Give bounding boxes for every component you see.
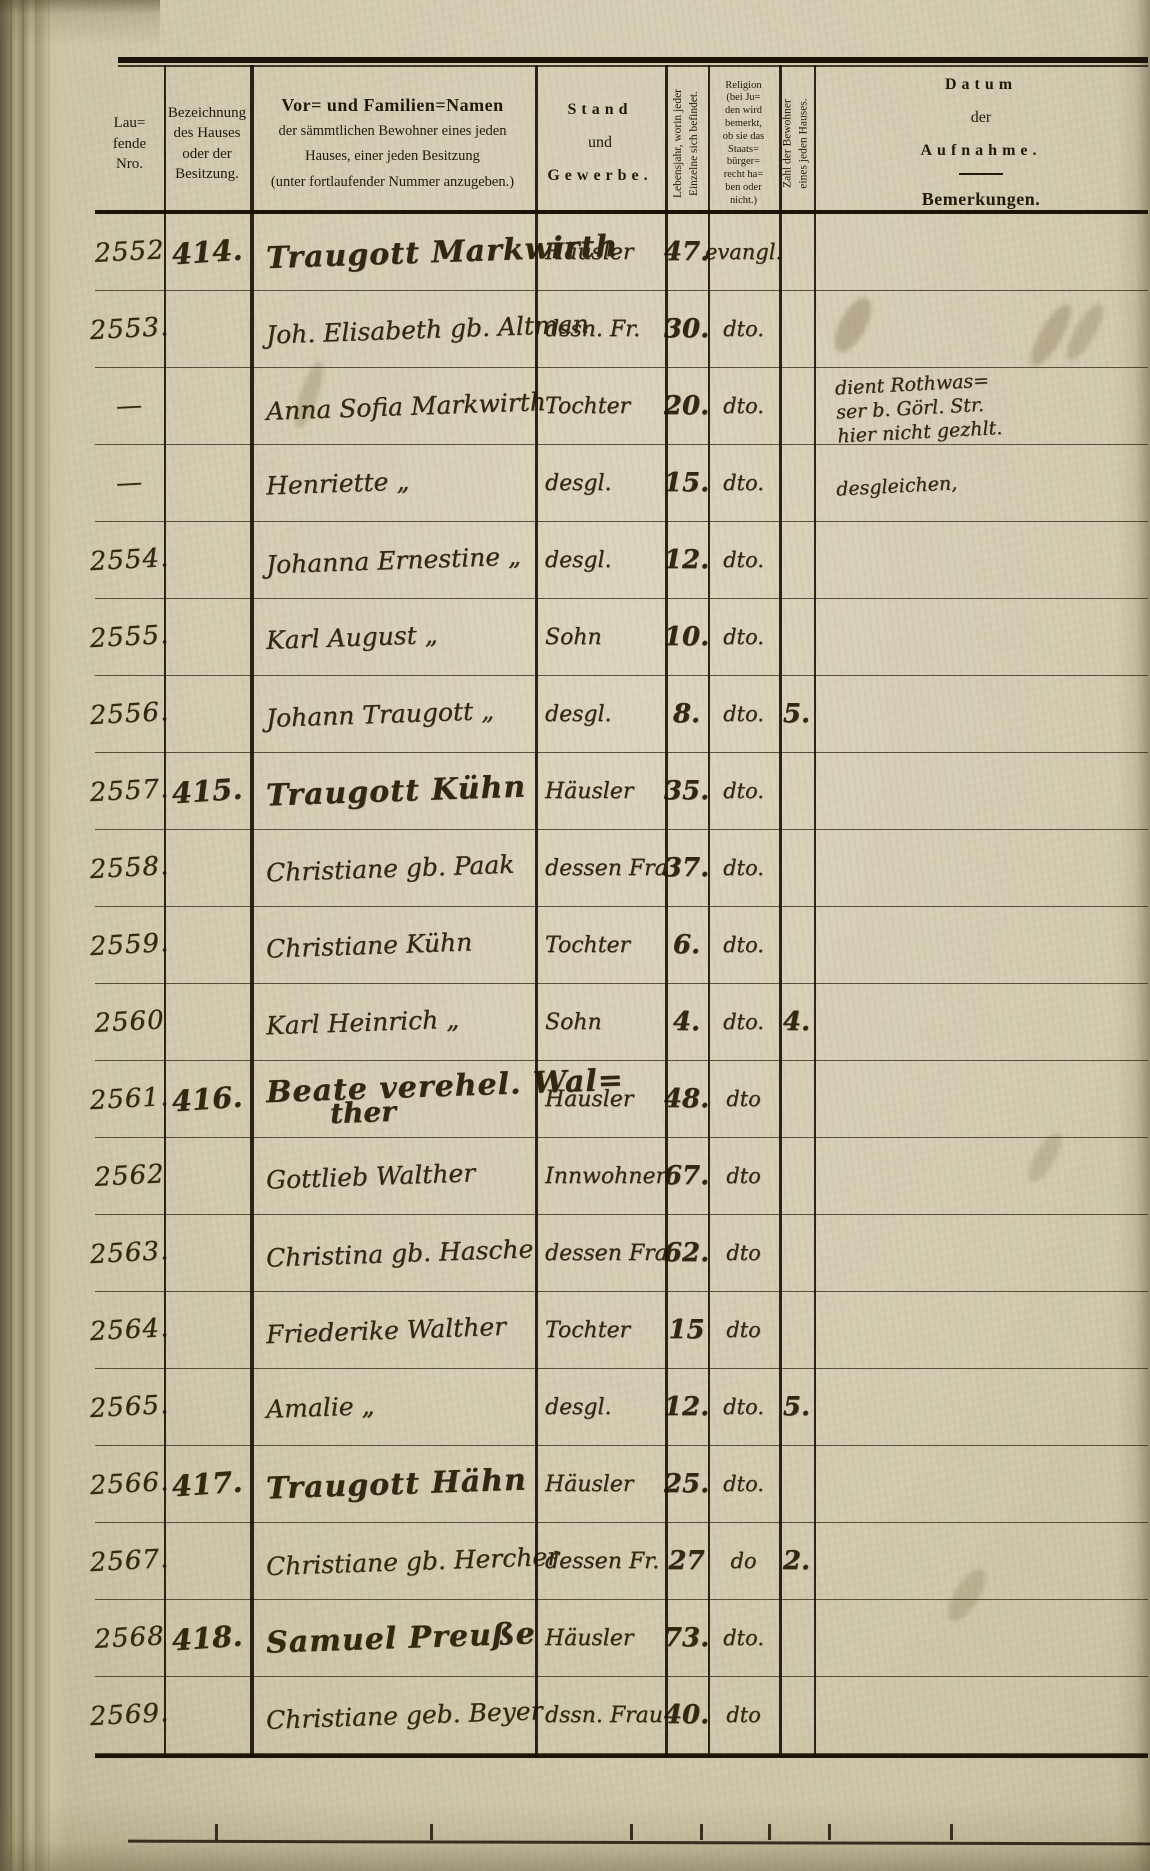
- cell-stand-gewerbe: Sohn: [535, 984, 665, 1060]
- bottom-tick: [430, 1824, 433, 1840]
- cell-zahl-bewohner: [779, 1215, 814, 1291]
- cell-stand-gewerbe: dessen Frau: [535, 830, 665, 906]
- cell-haus-nro: [161, 365, 252, 447]
- page-bottom-edge: [0, 1801, 1150, 1871]
- cell-religion: dto.: [708, 907, 779, 983]
- cell-zahl-bewohner: [779, 830, 814, 906]
- cell-name: Christina gb. Hasche: [250, 1215, 535, 1291]
- header-text-line: nicht.): [730, 195, 757, 208]
- cell-name: Johanna Ernestine „: [250, 522, 535, 598]
- cell-name: Johann Traugott „: [250, 676, 535, 752]
- cell-zahl-bewohner: [779, 1446, 814, 1522]
- table-top-rule-2: [118, 65, 1148, 67]
- cell-haus-nro: [161, 1674, 252, 1756]
- cell-lebensjahr: 35.: [665, 753, 708, 829]
- cell-name: Karl August „: [250, 599, 535, 675]
- cell-lebensjahr: 15.: [665, 445, 708, 521]
- header-text-line: der sämmtlichen Bewohner eines jeden: [279, 119, 507, 144]
- handwritten-name: Christiane Kühn: [266, 927, 473, 963]
- cell-religion: dto.: [708, 368, 779, 444]
- cell-laufende-nro: 2554.: [93, 520, 166, 600]
- cell-zahl-bewohner: [779, 1600, 814, 1676]
- column-line: [535, 65, 538, 1758]
- cell-zahl-bewohner: 5.: [779, 1369, 814, 1445]
- cell-name: Gottlieb Walther: [250, 1138, 535, 1214]
- cell-stand-gewerbe: Häusler: [535, 1446, 665, 1522]
- page-edge-line: [48, 0, 50, 1871]
- handwritten-name: Christina gb. Hasche: [266, 1234, 534, 1272]
- cell-name: Samuel Preuße: [250, 1600, 535, 1676]
- header-text-line: Einzelne sich befindet.: [687, 89, 703, 198]
- cell-haus-nro: [161, 1212, 252, 1294]
- cell-haus-nro: [161, 904, 252, 986]
- cell-haus-nro: [161, 827, 252, 909]
- cell-lebensjahr: 40.: [665, 1677, 708, 1753]
- register-table: Lau=fendeNro.Bezeichnungdes Hausesoder d…: [95, 57, 1148, 1760]
- cell-bemerkung: [812, 1668, 1150, 1761]
- cell-name: Beate verehel. Wal=ther: [250, 1061, 535, 1137]
- header-text-line: Religion: [725, 80, 761, 93]
- cell-zahl-bewohner: [779, 599, 814, 675]
- cell-stand-gewerbe: Sohn: [535, 599, 665, 675]
- cell-haus-nro: [161, 442, 252, 524]
- cell-religion: dto: [708, 1138, 779, 1214]
- cell-religion: dto: [708, 1677, 779, 1753]
- header-text-line: bürger=: [727, 156, 760, 169]
- header-text-line: ob sie das: [723, 131, 764, 144]
- cell-zahl-bewohner: [779, 907, 814, 983]
- handwritten-name: Anna Sofia Markwirth: [266, 387, 547, 426]
- header-text-line: Besitzung.: [175, 164, 239, 184]
- handwritten-name: Samuel Preuße: [265, 1616, 536, 1660]
- handwritten-name: Traugott Hähn: [265, 1462, 527, 1506]
- page-edge-line: [22, 0, 24, 1871]
- header-bezeichnung-haus: Bezeichnungdes Hausesoder derBesitzung.: [164, 69, 250, 218]
- cell-zahl-bewohner: [779, 1138, 814, 1214]
- cell-laufende-nro: 2553.: [93, 289, 166, 369]
- cell-haus-nro: 416.: [161, 1058, 252, 1140]
- cell-zahl-bewohner: [779, 1677, 814, 1753]
- column-line: [250, 65, 254, 1758]
- header-text-line: Lebensjahr, worin jeder: [671, 89, 687, 198]
- cell-laufende-nro: 2557.: [93, 751, 166, 831]
- header-zahl-text: Zahl der Bewohnereines jeden Hauses.: [781, 98, 812, 188]
- cell-zahl-bewohner: [779, 368, 814, 444]
- handwritten-name: Johann Traugott „: [266, 696, 495, 733]
- header-laufende-nro: Lau=fendeNro.: [95, 69, 164, 218]
- cell-lebensjahr: 73.: [665, 1600, 708, 1676]
- cell-zahl-bewohner: 5.: [779, 676, 814, 752]
- cell-laufende-nro: 2559.: [93, 905, 166, 985]
- header-text-line: fende: [113, 134, 146, 154]
- header-datum-bemerkungen: DatumderAufnahme.Bemerkungen.: [814, 69, 1148, 218]
- cell-lebensjahr: 48.: [665, 1061, 708, 1137]
- cell-religion: dto.: [708, 830, 779, 906]
- cell-zahl-bewohner: [779, 1292, 814, 1368]
- cell-stand-gewerbe: desgl.: [535, 676, 665, 752]
- cell-stand-gewerbe: desgl.: [535, 445, 665, 521]
- cell-religion: dto.: [708, 984, 779, 1060]
- register-page: Lau=fendeNro.Bezeichnungdes Hausesoder d…: [0, 0, 1150, 1871]
- header-namen: Vor= und Familien=Namender sämmtlichen B…: [250, 69, 535, 218]
- cell-religion: evangl.: [708, 214, 779, 290]
- cell-laufende-nro: 2560: [93, 982, 166, 1062]
- header-text-line: der: [971, 102, 991, 135]
- cell-haus-nro: [161, 1366, 252, 1448]
- cell-religion: dto: [708, 1215, 779, 1291]
- cell-laufende-nro: 2567.: [93, 1521, 166, 1601]
- handwritten-name: Gottlieb Walther: [266, 1158, 476, 1194]
- handwritten-name: Karl Heinrich „: [266, 1004, 460, 1040]
- handwritten-name: Christiane gb. Hercher: [266, 1541, 560, 1580]
- header-text-line: Stand: [567, 94, 632, 127]
- header-zahl-bewohner-rotated: Zahl der Bewohnereines jeden Hauses.: [779, 69, 814, 218]
- cell-lebensjahr: 10.: [665, 599, 708, 675]
- cell-haus-nro: 417.: [161, 1443, 252, 1525]
- cell-name: Henriette „: [250, 445, 535, 521]
- header-text-line: Gewerbe.: [547, 160, 652, 193]
- handwritten-name: Johanna Ernestine „: [266, 541, 522, 579]
- cell-zahl-bewohner: [779, 522, 814, 598]
- cell-religion: dto.: [708, 522, 779, 598]
- cell-haus-nro: [161, 288, 252, 370]
- cell-laufende-nro: 2561.: [93, 1059, 166, 1139]
- header-text-line: den wird: [725, 105, 762, 118]
- cell-lebensjahr: 30.: [665, 291, 708, 367]
- cell-lebensjahr: 15: [665, 1292, 708, 1368]
- cell-name: Anna Sofia Markwirth: [250, 368, 535, 444]
- bottom-tick: [768, 1824, 771, 1840]
- column-line: [814, 65, 816, 1758]
- header-text-line: (unter fortlaufender Nummer anzugeben.): [271, 170, 514, 195]
- cell-zahl-bewohner: [779, 214, 814, 290]
- cell-name: Friederike Walther: [250, 1292, 535, 1368]
- cell-religion: dto.: [708, 1600, 779, 1676]
- cell-laufende-nro: 2562: [93, 1136, 166, 1216]
- header-text-line: und: [588, 127, 612, 160]
- cell-religion: dto.: [708, 676, 779, 752]
- header-text-line: Nro.: [116, 154, 143, 174]
- header-text-line: des Hauses: [173, 123, 240, 143]
- cell-haus-nro: [161, 1289, 252, 1371]
- cell-lebensjahr: 62.: [665, 1215, 708, 1291]
- cell-name: Christiane gb. Paak: [250, 830, 535, 906]
- cell-lebensjahr: 25.: [665, 1446, 708, 1522]
- page-top-edge: [0, 0, 160, 46]
- cell-zahl-bewohner: 2.: [779, 1523, 814, 1599]
- cell-religion: dto.: [708, 753, 779, 829]
- handwritten-name: Traugott Kühn: [265, 769, 526, 813]
- header-text-line: Lau=: [114, 113, 146, 133]
- cell-haus-nro: 418.: [161, 1597, 252, 1679]
- cell-zahl-bewohner: 4.: [779, 984, 814, 1060]
- cell-stand-gewerbe: desgl.: [535, 522, 665, 598]
- header-religion: Religion(bei Ju=den wirdbemerkt,ob sie d…: [708, 69, 779, 218]
- header-text-line: Staats=: [728, 144, 759, 157]
- cell-stand-gewerbe: Tochter: [535, 1292, 665, 1368]
- cell-lebensjahr: 20.: [665, 368, 708, 444]
- header-text-line: Zahl der Bewohner: [781, 98, 797, 188]
- cell-name: Amalie „: [250, 1369, 535, 1445]
- cell-laufende-nro: —: [93, 366, 166, 446]
- cell-laufende-nro: 2552: [93, 212, 166, 292]
- column-line: [779, 65, 782, 1758]
- cell-haus-nro: 414.: [161, 211, 252, 293]
- cell-zahl-bewohner: [779, 445, 814, 521]
- header-namen-title: Vor= und Familien=Namen: [281, 92, 503, 119]
- cell-lebensjahr: 4.: [665, 984, 708, 1060]
- cell-laufende-nro: 2564.: [93, 1290, 166, 1370]
- bottom-tick: [215, 1824, 218, 1840]
- header-text-line: Hauses, einer jeden Besitzung: [305, 144, 480, 169]
- cell-zahl-bewohner: [779, 291, 814, 367]
- bottom-tick: [700, 1824, 703, 1840]
- header-text-line: Datum: [945, 69, 1017, 102]
- cell-laufende-nro: 2566.: [93, 1444, 166, 1524]
- handwritten-name: Henriette „: [266, 466, 410, 500]
- cell-name: Joh. Elisabeth gb. Altman: [250, 291, 535, 367]
- header-text-line: recht ha=: [724, 169, 763, 182]
- cell-haus-nro: 415.: [161, 750, 252, 832]
- bottom-tick: [828, 1824, 831, 1840]
- cell-laufende-nro: 2568: [93, 1598, 166, 1678]
- header-stand-gewerbe: StandundGewerbe.: [535, 69, 665, 218]
- cell-lebensjahr: 8.: [665, 676, 708, 752]
- handwritten-remark-line: desgleichen,: [836, 472, 958, 502]
- cell-stand-gewerbe: Häusler: [535, 753, 665, 829]
- page-edge-line: [10, 0, 12, 1871]
- cell-religion: dto.: [708, 1369, 779, 1445]
- header-text-line: Aufnahme.: [920, 135, 1041, 168]
- page-edge-line: [35, 0, 37, 1871]
- cell-haus-nro: [161, 519, 252, 601]
- header-text-line: ben oder: [725, 182, 761, 195]
- column-line: [665, 65, 668, 1758]
- cell-religion: dto: [708, 1061, 779, 1137]
- handwritten-name: Karl August „: [266, 620, 438, 655]
- cell-stand-gewerbe: Innwohner: [535, 1138, 665, 1214]
- header-text-line: (bei Ju=: [726, 92, 760, 105]
- handwritten-name: Christiane gb. Paak: [266, 849, 515, 887]
- cell-lebensjahr: 12.: [665, 1369, 708, 1445]
- cell-laufende-nro: 2563.: [93, 1213, 166, 1293]
- handwritten-name: Christiane geb. Beyer: [266, 1696, 543, 1735]
- cell-stand-gewerbe: desgl.: [535, 1369, 665, 1445]
- cell-stand-gewerbe: Tochter: [535, 368, 665, 444]
- cell-name: Traugott Markwirth: [250, 214, 535, 290]
- cell-religion: dto.: [708, 599, 779, 675]
- column-line: [708, 65, 710, 1758]
- bottom-tick: [950, 1824, 953, 1840]
- cell-stand-gewerbe: dssn. Frau: [535, 1677, 665, 1753]
- cell-lebensjahr: 37.: [665, 830, 708, 906]
- cell-laufende-nro: 2569.: [93, 1675, 166, 1755]
- cell-stand-gewerbe: Tochter: [535, 907, 665, 983]
- bottom-tick: [630, 1824, 633, 1840]
- header-divider-dash: [959, 173, 1003, 175]
- column-line: [164, 65, 166, 1758]
- cell-haus-nro: [161, 981, 252, 1063]
- cell-religion: dto.: [708, 1446, 779, 1522]
- cell-religion: dto: [708, 1292, 779, 1368]
- cell-name: Traugott Hähn: [250, 1446, 535, 1522]
- cell-haus-nro: [161, 1135, 252, 1217]
- cell-stand-gewerbe: dessen Frau: [535, 1215, 665, 1291]
- cell-haus-nro: [161, 673, 252, 755]
- cell-laufende-nro: 2565.: [93, 1367, 166, 1447]
- cell-haus-nro: [161, 1520, 252, 1602]
- cell-name: Traugott Kühn: [250, 753, 535, 829]
- header-text-line: oder der: [182, 144, 232, 164]
- cell-name: Christiane Kühn: [250, 907, 535, 983]
- handwritten-name: Amalie „: [266, 1391, 375, 1424]
- header-text-line: bemerkt,: [725, 118, 762, 131]
- cell-name: Christiane gb. Hercher: [250, 1523, 535, 1599]
- handwritten-name: Friederike Walther: [266, 1311, 507, 1348]
- header-text-line: eines jeden Hauses.: [797, 98, 813, 188]
- cell-stand-gewerbe: Häusler: [535, 1600, 665, 1676]
- cell-haus-nro: [161, 596, 252, 678]
- cell-lebensjahr: 12.: [665, 522, 708, 598]
- cell-lebensjahr: 47.: [665, 214, 708, 290]
- header-text-line: Bezeichnung: [168, 103, 246, 123]
- cell-laufende-nro: —: [93, 443, 166, 523]
- cell-laufende-nro: 2555.: [93, 597, 166, 677]
- cell-religion: dto.: [708, 445, 779, 521]
- cell-zahl-bewohner: [779, 753, 814, 829]
- table-top-rule: [118, 57, 1148, 63]
- header-lebensjahr-rotated: Lebensjahr, worin jederEinzelne sich bef…: [665, 69, 708, 218]
- header-lebensjahr-text: Lebensjahr, worin jederEinzelne sich bef…: [671, 89, 702, 198]
- cell-lebensjahr: 6.: [665, 907, 708, 983]
- cell-laufende-nro: 2556.: [93, 674, 166, 754]
- cell-laufende-nro: 2558.: [93, 828, 166, 908]
- cell-religion: do: [708, 1523, 779, 1599]
- cell-name: Christiane geb. Beyer: [250, 1677, 535, 1753]
- handwritten-name-line2: ther: [329, 1095, 396, 1130]
- cell-zahl-bewohner: [779, 1061, 814, 1137]
- cell-lebensjahr: 27: [665, 1523, 708, 1599]
- cell-religion: dto.: [708, 291, 779, 367]
- cell-lebensjahr: 67.: [665, 1138, 708, 1214]
- cell-name: Karl Heinrich „: [250, 984, 535, 1060]
